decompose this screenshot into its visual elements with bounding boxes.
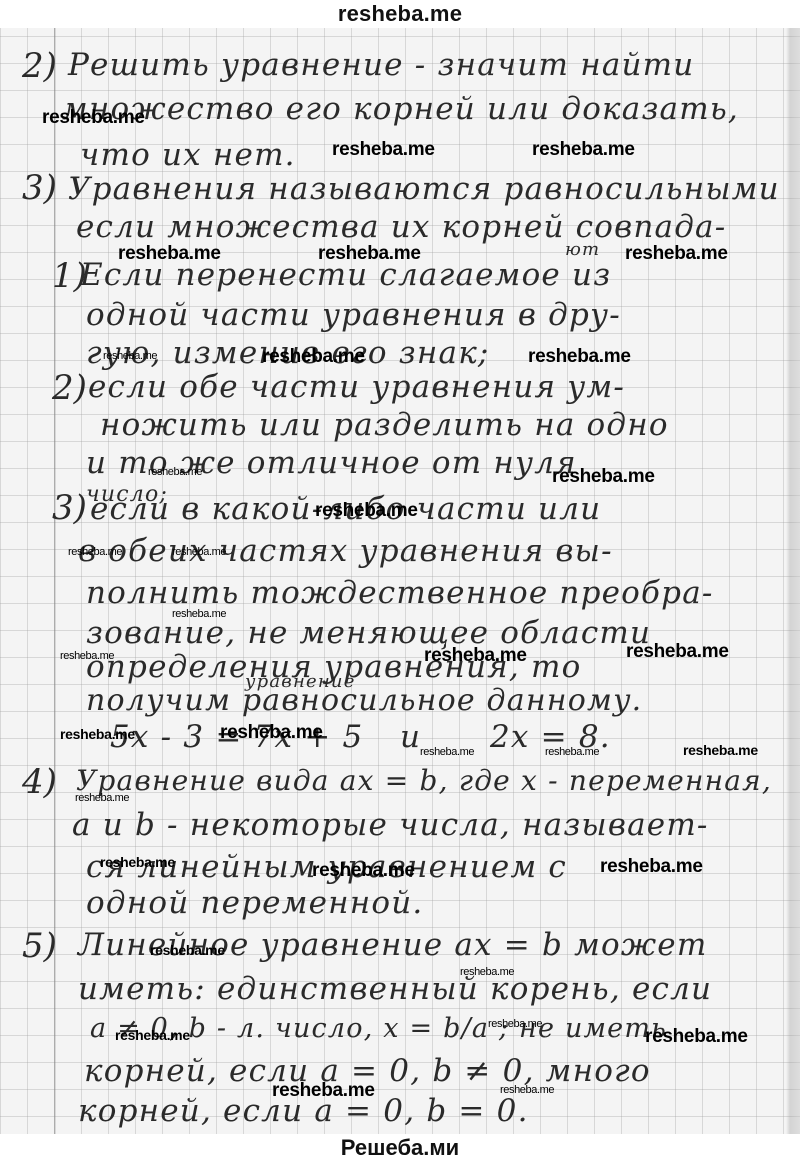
site-header-watermark: resheba.me [0,0,800,28]
watermark: resheba.me [148,466,202,478]
watermark: resheba.me [220,722,323,744]
watermark: resheba.me [42,107,145,129]
sub-2-number: 2) [52,368,87,408]
watermark: resheba.me [500,1084,554,1096]
watermark: resheba.me [118,243,221,265]
notebook-page: 2) Решить уравнение - значит найти множе… [0,28,800,1134]
watermark: resheba.me [172,608,226,620]
sub-3-line-6: получим равносильное данному. [86,682,642,720]
item-3-line-1: Уравнения называются равносильными [68,170,780,208]
watermark: resheba.me [528,346,631,368]
watermark: resheba.me [420,746,474,758]
watermark: resheba.me [172,546,226,558]
watermark: resheba.me [532,139,635,161]
item-2-line-3: что их нет. [80,136,296,174]
example-conjunction: и [400,718,421,756]
watermark: resheba.me [332,139,435,161]
sub-2-line-2: ножить или разделить на одно [100,406,669,444]
watermark: resheba.me [60,726,135,742]
item-2-number: 2) [22,46,57,86]
watermark: resheba.me [100,854,175,870]
sub-3-line-2: в обеих частях уравнения вы- [78,532,613,570]
watermark: resheba.me [683,742,758,758]
watermark: resheba.me [272,1080,375,1102]
item-5-line-2: иметь: единственный корень, если [78,970,712,1008]
watermark: resheba.me [600,856,703,878]
watermark: resheba.me [460,966,514,978]
watermark: resheba.me [625,243,728,265]
watermark: resheba.me [262,346,365,368]
item-4-line-2: a и b - некоторые числа, называет- [72,806,709,844]
item-3-line-2: если множества их корней совпада- [76,208,726,246]
item-4-line-1: Уравнение вида ax = b, где x - переменна… [76,762,772,800]
watermark: resheba.me [645,1026,748,1048]
item-2-line-2: множество его корней или доказать, [62,90,739,128]
watermark: resheba.me [103,350,157,362]
watermark: resheba.me [315,500,418,522]
sub-1-line-2: одной части уравнения в дру- [86,296,621,334]
item-4-line-4: одной переменной. [86,884,423,922]
site-footer-watermark: Решеба.ми [0,1134,800,1162]
watermark: resheba.me [545,746,599,758]
sub-3-line-3: полнить тождественное преобра- [86,574,714,612]
watermark: resheba.me [318,243,421,265]
item-4-number: 4) [22,762,57,802]
item-2-line-1: Решить уравнение - значит найти [68,46,694,84]
sub-3-number: 3) [52,488,87,528]
item-3-number: 3) [22,168,57,208]
watermark: resheba.me [488,1018,542,1030]
watermark: resheba.me [424,645,527,667]
item-5-number: 5) [22,926,57,966]
watermark: resheba.me [150,942,225,958]
watermark: resheba.me [626,641,729,663]
watermark: resheba.me [115,1027,190,1043]
watermark: resheba.me [60,650,114,662]
watermark: resheba.me [75,792,129,804]
watermark: resheba.me [552,466,655,488]
watermark: resheba.me [312,860,415,882]
sub-3-line-4: зование, не меняющее области [86,614,651,652]
watermark: resheba.me [68,546,122,558]
sub-2-line-1: если обе части уравнения ум- [88,368,625,406]
